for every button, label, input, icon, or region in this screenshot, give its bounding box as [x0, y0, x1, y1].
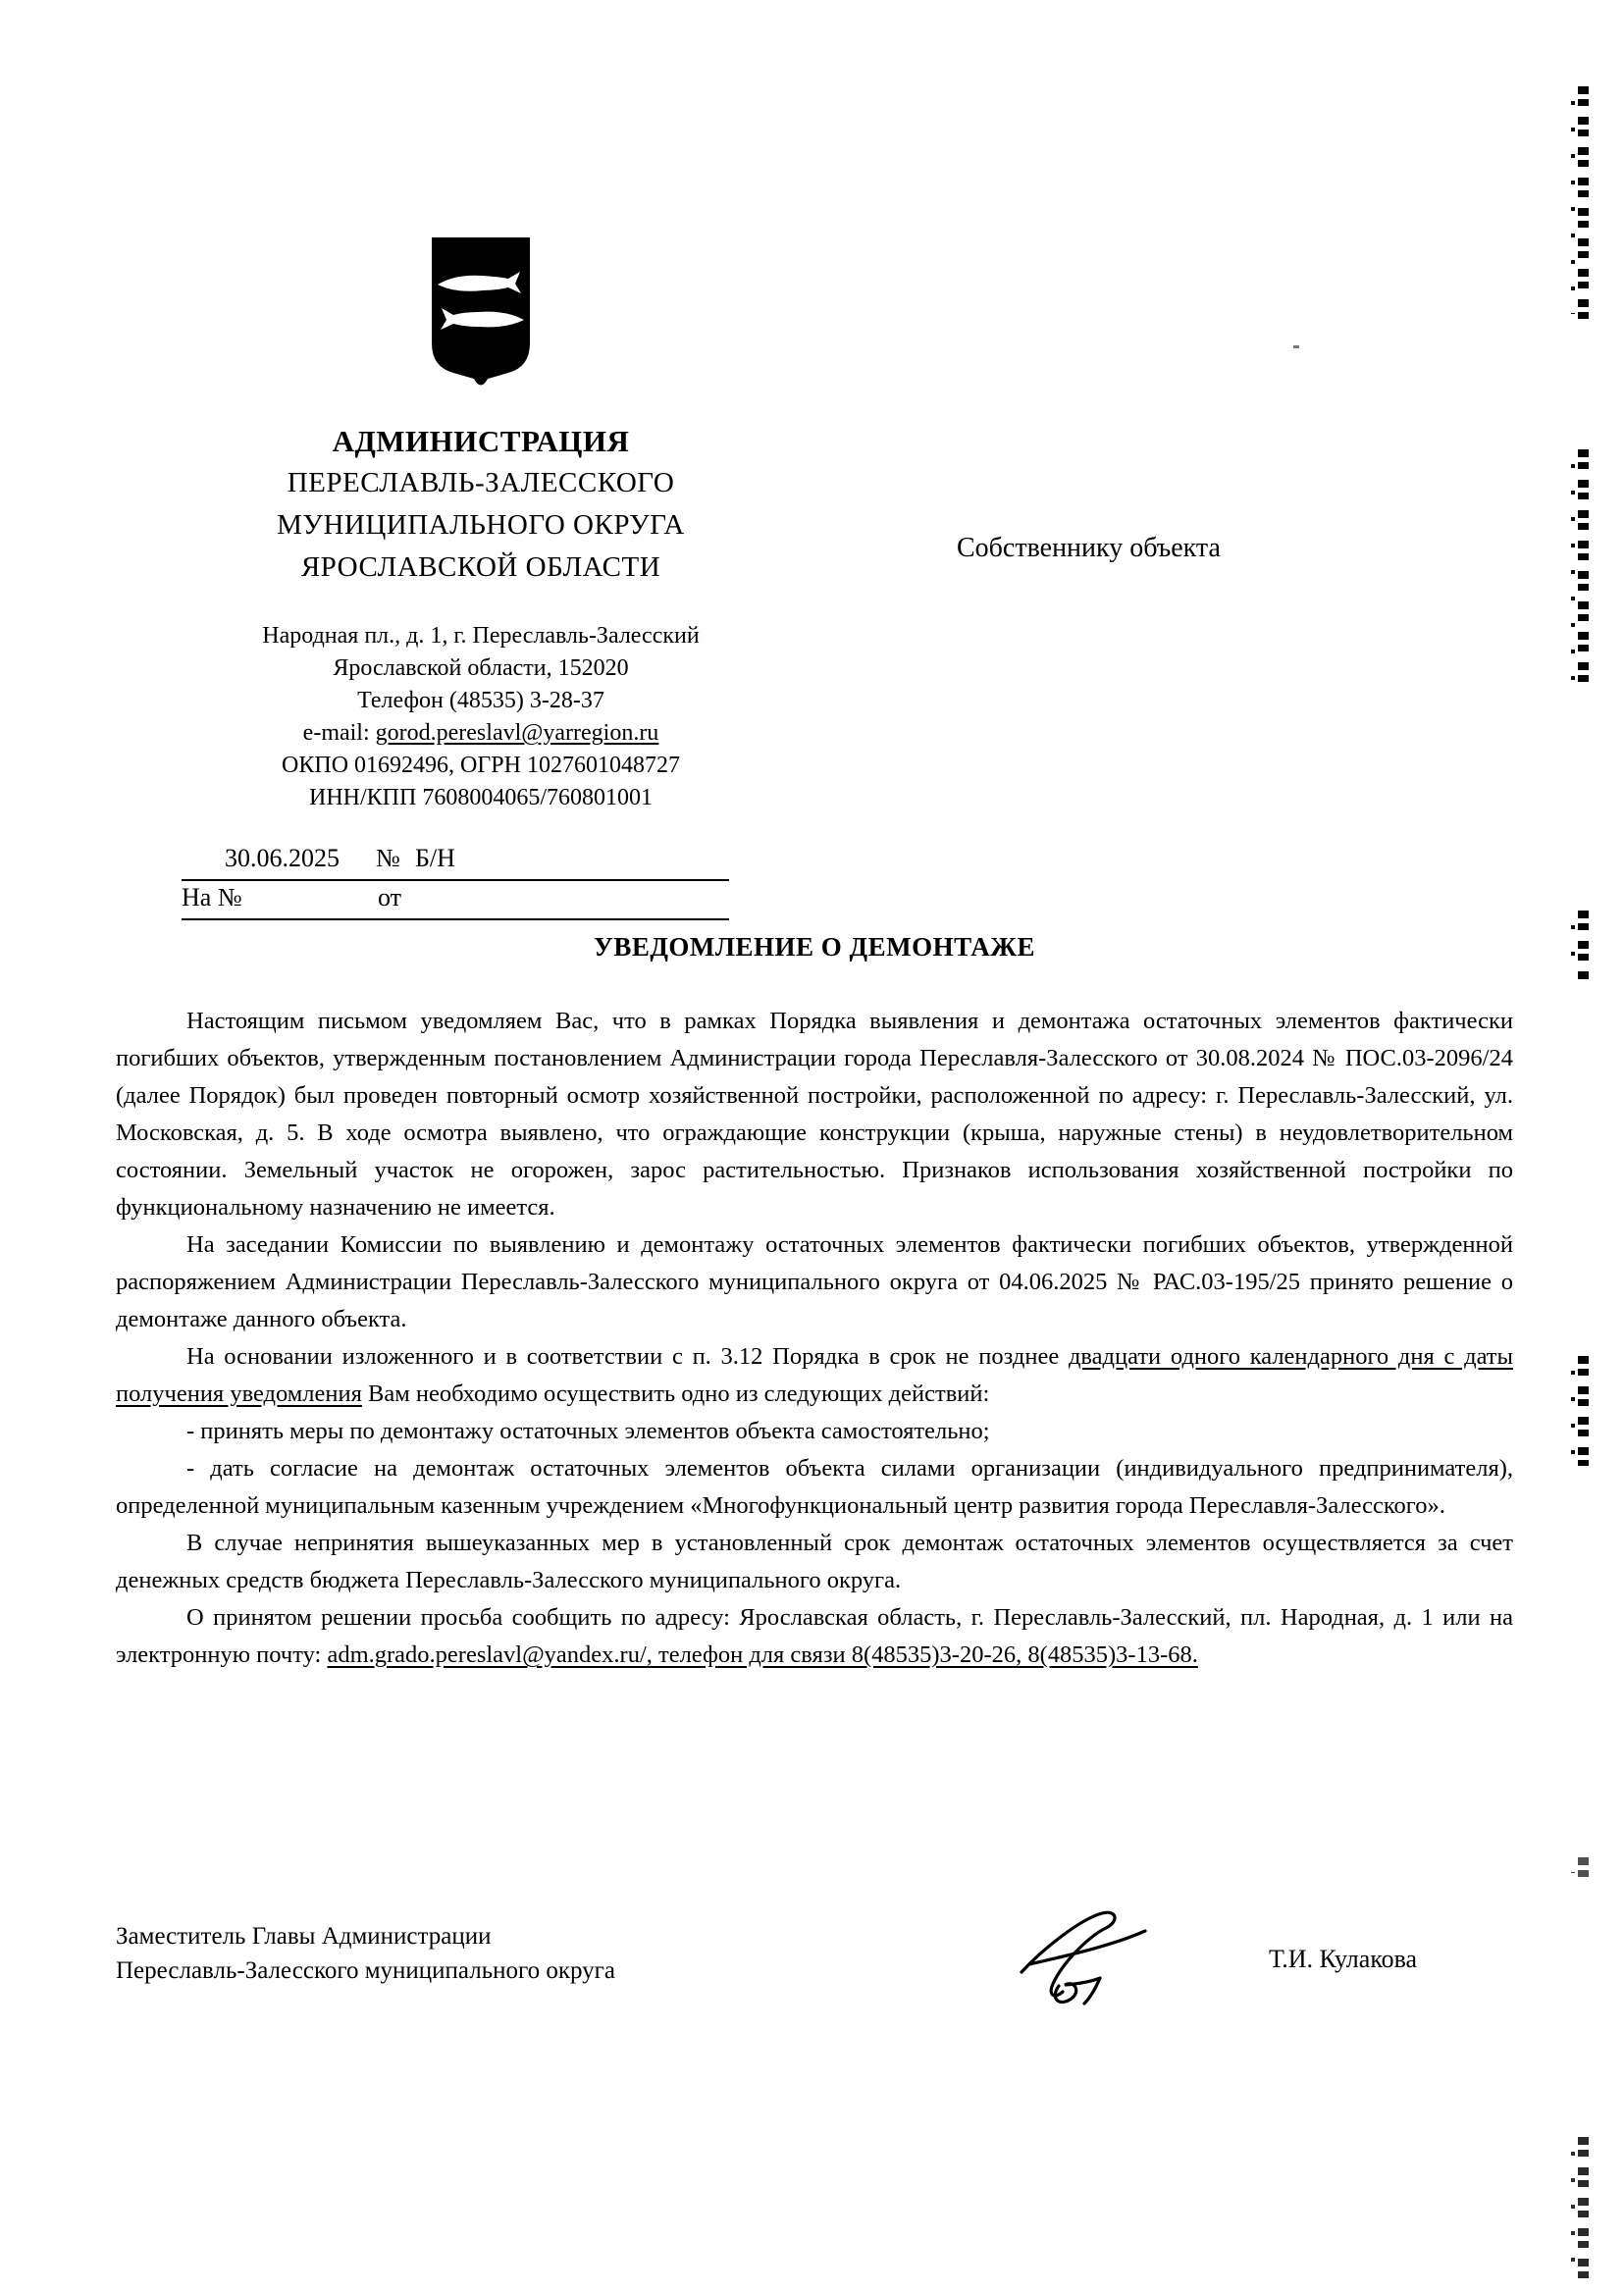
paragraph: - принять меры по демонтажу остаточных э… [116, 1413, 1513, 1450]
document-title: УВЕДОМЛЕНИЕ О ДЕМОНТАЖЕ [116, 932, 1513, 963]
scanned-letter-page: АДМИНИСТРАЦИЯ ПЕРЕСЛАВЛЬ-ЗАЛЕССКОГО МУНИ… [0, 0, 1624, 2292]
text-segment: Настоящим письмом уведомляем Вас, что в … [116, 1008, 1513, 1221]
scan-artifact [1578, 911, 1589, 979]
text-segment: В случае непринятия вышеуказанных мер в … [116, 1530, 1513, 1593]
letter-number: Б/Н [415, 844, 455, 873]
org-line: АДМИНИСТРАЦИЯ [118, 420, 844, 462]
paragraph: О принятом решении просьба сообщить по а… [116, 1599, 1513, 1674]
text-segment: На основании изложенного и в соответстви… [186, 1343, 1069, 1370]
outgoing-ref-row: 30.06.2025 № Б/Н [182, 844, 729, 881]
okpo-ogrn-line: ОКПО 01692496, ОГРН 1027601048727 [118, 750, 844, 782]
coat-of-arms-icon [422, 234, 540, 392]
scan-dust-speck [1293, 345, 1299, 348]
address-line: Ярославской области, 152020 [118, 652, 844, 685]
letter-date: 30.06.2025 [225, 844, 340, 873]
address-line: Народная пл., д. 1, г. Переславль-Залесс… [118, 620, 844, 652]
text-segment: Вам необходимо осуществить одно из следу… [362, 1380, 989, 1407]
incoming-ref-row: На № от [182, 881, 729, 920]
phone-line: Телефон (48535) 3-28-37 [118, 685, 844, 717]
recipient: Собственнику объекта [957, 533, 1221, 564]
body-paragraphs: Настоящим письмом уведомляем Вас, что в … [116, 1003, 1513, 1674]
underlined-text: adm.grado.pereslavl@yandex.ru/, телефон … [327, 1641, 1197, 1668]
scan-artifact [1578, 1356, 1589, 1466]
scan-artifact [1578, 2137, 1589, 2284]
scan-artifact [1578, 449, 1589, 691]
reply-from-label: от [378, 883, 401, 912]
handwritten-signature [1016, 1901, 1163, 2009]
org-line: ПЕРЕСЛАВЛЬ-ЗАЛЕССКОГО [118, 462, 844, 504]
text-segment: - дать согласие на демонтаж остаточных э… [116, 1455, 1513, 1519]
letterhead: АДМИНИСТРАЦИЯ ПЕРЕСЛАВЛЬ-ЗАЛЕССКОГО МУНИ… [118, 234, 844, 814]
email-line: e-mail: gorod.pereslavl@yarregion.ru [118, 717, 844, 750]
reference-block: 30.06.2025 № Б/Н На № от [182, 844, 729, 920]
text-segment: На заседании Комиссии по выявлению и дем… [116, 1231, 1513, 1332]
paragraph: На заседании Комиссии по выявлению и дем… [116, 1226, 1513, 1338]
org-line: ЯРОСЛАВСКОЙ ОБЛАСТИ [118, 547, 844, 589]
paragraph: На основании изложенного и в соответстви… [116, 1338, 1513, 1413]
reply-to-label: На № [182, 883, 242, 912]
paragraph: Настоящим письмом уведомляем Вас, что в … [116, 1003, 1513, 1226]
email-label: e-mail: [303, 720, 376, 746]
signer-name: Т.И. Кулакова [1269, 1945, 1417, 1974]
number-sign: № [376, 844, 400, 873]
org-line: МУНИЦИПАЛЬНОГО ОКРУГА [118, 504, 844, 547]
scan-artifact [1578, 1857, 1589, 1883]
inn-kpp-line: ИНН/КПП 7608004065/760801001 [118, 782, 844, 814]
scan-artifact [1578, 86, 1589, 324]
text-segment: - принять меры по демонтажу остаточных э… [186, 1418, 990, 1444]
organization-name: АДМИНИСТРАЦИЯ ПЕРЕСЛАВЛЬ-ЗАЛЕССКОГО МУНИ… [118, 420, 844, 589]
email-address: gorod.pereslavl@yarregion.ru [376, 720, 659, 746]
signer-position-line: Переславль-Залесского муниципального окр… [116, 1953, 615, 1988]
signer-position-line: Заместитель Главы Администрации [116, 1919, 615, 1953]
paragraph: В случае непринятия вышеуказанных мер в … [116, 1525, 1513, 1599]
organization-contacts: Народная пл., д. 1, г. Переславль-Залесс… [118, 620, 844, 814]
paragraph: - дать согласие на демонтаж остаточных э… [116, 1450, 1513, 1525]
signer-position: Заместитель Главы Администрации Переслав… [116, 1919, 615, 1988]
